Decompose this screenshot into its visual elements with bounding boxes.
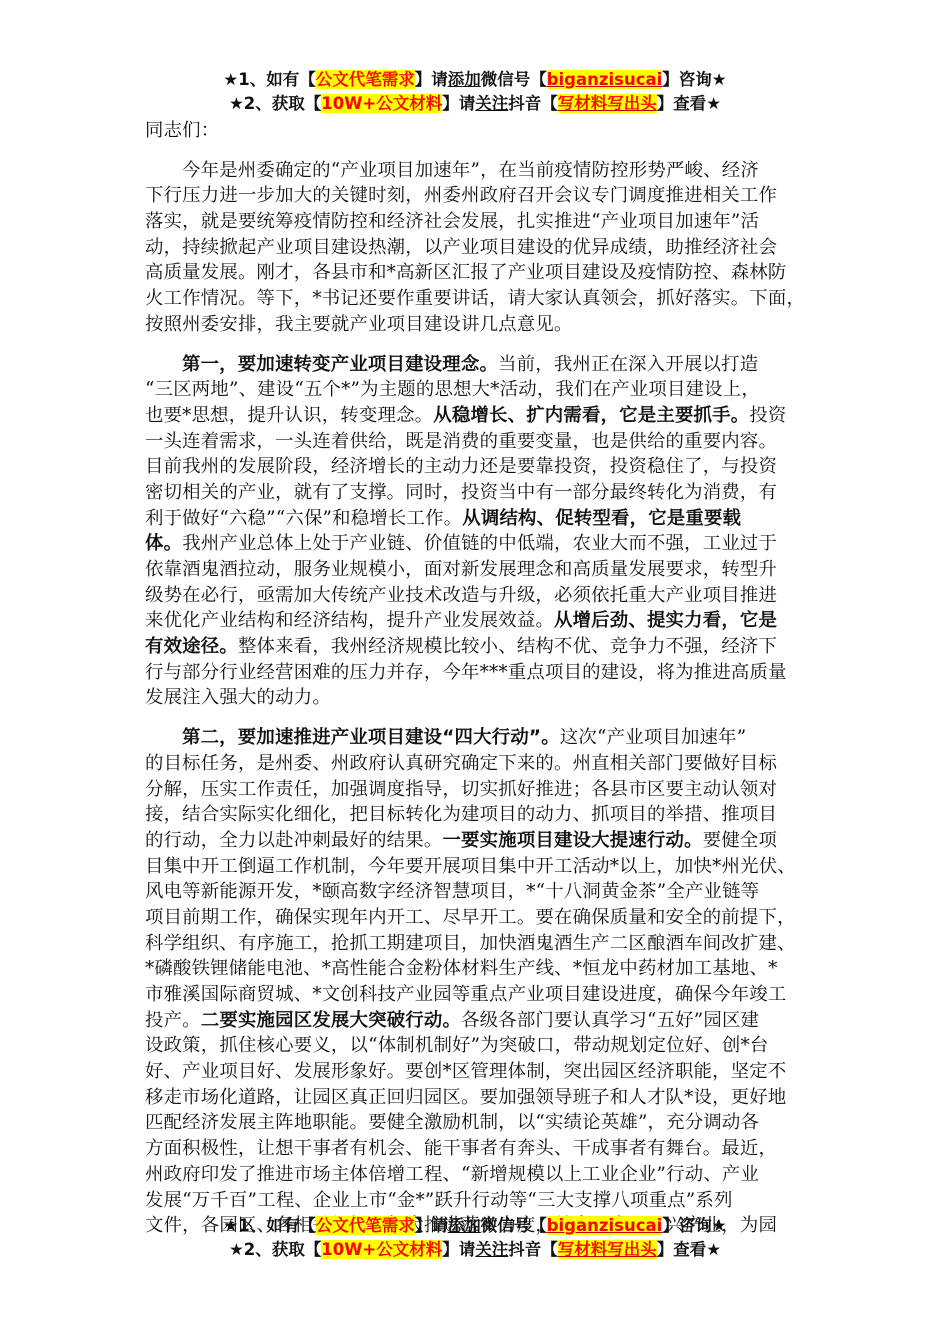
text-line: 设政策，抓住核心要义，以“体制机制好”为突破口，带动规划定位好、创*台 (145, 1033, 825, 1059)
body-text: 接，结合实际实化细化，把目标转化为建项目的动力、抓项目的举措、推项目 (145, 804, 777, 825)
text-line: 体。我州产业总体上处于产业链、价值链的中低端，农业大而不强，工业过于 (145, 531, 825, 557)
body-text: 市雅溪国际商贸城、*文创科技产业园等重点产业项目建设进度，确保今年竣工 (145, 984, 786, 1005)
bold-heading-text: 二要实施园区发展大突破行动。 (201, 1010, 461, 1031)
text-line: 密切相关的产业，就有了支撑。同时，投资当中有一部分最终转化为消费，有 (145, 480, 825, 506)
banner-text: 】咨询★ (662, 70, 726, 89)
body-text: 按照州委安排，我主要就产业项目建设讲几点意见。 (145, 314, 573, 335)
text-line: 匹配经济发展主阵地职能。要健全激励机制，以“实绩论英雄”，充分调动各 (145, 1110, 825, 1136)
text-line: 第二，要加速推进产业项目建设“四大行动”。这次“产业项目加速年” (145, 725, 825, 751)
paragraph: 今年是州委确定的“产业项目加速年”，在当前疫情防控形势严峻、经济下行压力进一步加… (145, 158, 825, 338)
text-line: 发展“万千百”工程、企业上市“金*”跃升行动等“三大支撑八项重点”系列 (145, 1188, 825, 1214)
text-line: 分解，压实工作责任，加强调度指导，切实抓好推进；各县市区要主动认领对 (145, 777, 825, 803)
body-text: 这次“产业项目加速年” (560, 727, 747, 748)
bold-heading-text: 体。 (145, 533, 182, 554)
banner-text: 】咨询★ (662, 1216, 726, 1235)
body-text: 火工作情况。等下，*书记还要作重要讲话，请大家认真领会，抓好落实。下面， (145, 288, 805, 309)
banner-text: 】请 (415, 70, 448, 89)
text-line: 方面积极性，让想干事者有机会、能干事者有奔头、干成事者有舞台。最近， (145, 1136, 825, 1162)
body-text: 整体来看，我州经济规模比较小、结构不优、竞争力不强，经济下 (238, 636, 777, 657)
footer-banner: ★1、如有【公文代笔需求】请添加微信号【biganzisucai】咨询★ ★2、… (0, 1214, 950, 1262)
body-text: 一头连着需求，一头连着供给，既是消费的重要变量，也是供给的重要内容。 (145, 431, 777, 452)
text-line: 火工作情况。等下，*书记还要作重要讲话，请大家认真领会，抓好落实。下面， (145, 286, 825, 312)
douyin-account-link[interactable]: 写材料写出头 (558, 94, 657, 113)
text-line: 有效途径。整体来看，我州经济规模比较小、结构不优、竞争力不强，经济下 (145, 634, 825, 660)
text-line: 今年是州委确定的“产业项目加速年”，在当前疫情防控形势严峻、经济 (145, 158, 825, 184)
body-text: 的行动，全力以赴冲刺最好的结果。 (145, 830, 442, 851)
body-text: 当前，我州正在深入开展以打造 (498, 354, 758, 375)
body-text: “三区两地”、建设“五个*”为主题的思想大*活动，我们在产业项目建设上， (145, 379, 760, 400)
highlighted-text: 公文代笔需求 (316, 1216, 415, 1235)
text-line: 移走市场化道路，让园区真正回归园区。要加强领导班子和人才队*设，更好地 (145, 1085, 825, 1111)
body-text: 匹配经济发展主阵地职能。要健全激励机制，以“实绩论英雄”，充分调动各 (145, 1112, 759, 1133)
banner-text: ★2、获取【 (229, 1240, 321, 1259)
text-line: 风电等新能源开发，*颐高数字经济智慧项目，*“十八洞黄金茶”全产业链等 (145, 879, 825, 905)
wechat-id-link[interactable]: biganzisucai (547, 70, 663, 89)
body-text: 动，持续掀起产业项目建设热潮，以产业项目建设的优异成绩，助推经济社会 (145, 237, 777, 258)
text-line: 科学组织、有序施工，抢抓工期建项目，加快酒鬼酒生产二区酿酒车间改扩建、 (145, 931, 825, 957)
text-line: 市雅溪国际商贸城、*文创科技产业园等重点产业项目建设进度，确保今年竣工 (145, 982, 825, 1008)
paragraphs: 今年是州委确定的“产业项目加速年”，在当前疫情防控形势严峻、经济下行压力进一步加… (145, 158, 825, 1239)
body-text: 利于做好“六稳”“六保”和稳增长工作。 (145, 508, 462, 529)
body-text: 密切相关的产业，就有了支撑。同时，投资当中有一部分最终转化为消费，有 (145, 482, 777, 503)
banner-line-1: ★1、如有【公文代笔需求】请添加微信号【biganzisucai】咨询★ (0, 1214, 950, 1238)
paragraph: 第二，要加速推进产业项目建设“四大行动”。这次“产业项目加速年”的目标任务，是州… (145, 725, 825, 1239)
text-line: 的目标任务，是州委、州政府认真研究确定下来的。州直相关部门要做好目标 (145, 751, 825, 777)
body-text: 州政府印发了推进市场主体倍增工程、“新增规模以上工业企业”行动、产业 (145, 1164, 759, 1185)
banner-text: ★2、获取【 (229, 94, 321, 113)
banner-text: 抖音【 (508, 94, 558, 113)
header-banner: ★1、如有【公文代笔需求】请添加微信号【biganzisucai】咨询★ ★2、… (0, 68, 950, 116)
text-line: 目前我州的发展阶段，经济增长的主动力还是要靠投资，投资稳住了，与投资 (145, 454, 825, 480)
banner-line-1: ★1、如有【公文代笔需求】请添加微信号【biganzisucai】咨询★ (0, 68, 950, 92)
highlighted-text: 10W+公文材料 (321, 94, 442, 113)
body-text: 也要*思想，提升认识，转变理念。 (145, 405, 433, 426)
body-text: 行与部分行业经营困难的压力并存，今年***重点项目的建设，将为推进高质量 (145, 662, 787, 683)
banner-text: ★1、如有【 (223, 1216, 315, 1235)
bold-heading-text: 从增后劲、提实力看，它是 (554, 610, 777, 631)
wechat-id-link[interactable]: biganzisucai (547, 1216, 663, 1235)
text-line: 州政府印发了推进市场主体倍增工程、“新增规模以上工业企业”行动、产业 (145, 1162, 825, 1188)
body-text: 要健全项 (703, 830, 777, 851)
body-text: 依靠酒鬼酒拉动，服务业规模小，面对新发展理念和高质量发展要求，转型升 (145, 559, 777, 580)
body-text: 好、产业项目好、发展形象好。要创*区管理体制，突出园区经济职能，坚定不 (145, 1061, 786, 1082)
text-line: 的行动，全力以赴冲刺最好的结果。一要实施项目建设大提速行动。要健全项 (145, 828, 825, 854)
bold-heading-text: 第一，要加速转变产业项目建设理念。 (182, 354, 498, 375)
document-body: 同志们： 今年是州委确定的“产业项目加速年”，在当前疫情防控形势严峻、经济下行压… (145, 118, 825, 1253)
text-line: 行与部分行业经营困难的压力并存，今年***重点项目的建设，将为推进高质量 (145, 660, 825, 686)
underlined-text: 添加 (448, 1216, 481, 1235)
bold-heading-text: 第二，要加速推进产业项目建设“四大行动”。 (182, 727, 560, 748)
body-text: 风电等新能源开发，*颐高数字经济智慧项目，*“十八洞黄金茶”全产业链等 (145, 881, 759, 902)
body-text: 投资 (749, 405, 786, 426)
body-text: 项目前期工作，确保实现年内开工、尽早开工。要在确保质量和安全的前提下， (145, 907, 796, 928)
banner-line-2: ★2、获取【10W+公文材料】请关注抖音【写材料写出头】查看★ (0, 92, 950, 116)
body-text: 分解，压实工作责任，加强调度指导，切实抓好推进；各县市区要主动认领对 (145, 779, 777, 800)
text-line: 动，持续掀起产业项目建设热潮，以产业项目建设的优异成绩，助推经济社会 (145, 235, 825, 261)
body-text: 各级各部门要认真学习“五好”园区建 (461, 1010, 759, 1031)
douyin-account-link[interactable]: 写材料写出头 (558, 1240, 657, 1259)
banner-text: 抖音【 (508, 1240, 558, 1259)
text-line: 落实，就是要统筹疫情防控和经济社会发展，扎实推进“产业项目加速年”活 (145, 209, 825, 235)
banner-line-2: ★2、获取【10W+公文材料】请关注抖音【写材料写出头】查看★ (0, 1238, 950, 1262)
body-text: 目集中开工倒逼工作机制，今年要开展项目集中开工活动*以上，加快*州光伏、 (145, 856, 796, 877)
body-text: 的目标任务，是州委、州政府认真研究确定下来的。州直相关部门要做好目标 (145, 753, 777, 774)
body-text: 投产。 (145, 1010, 201, 1031)
text-line: 也要*思想，提升认识，转变理念。从稳增长、扩内需看，它是主要抓手。投资 (145, 403, 825, 429)
body-text: 我州产业总体上处于产业链、价值链的中低端，农业大而不强，工业过于 (182, 533, 777, 554)
text-line: 投产。二要实施园区发展大突破行动。各级各部门要认真学习“五好”园区建 (145, 1008, 825, 1034)
text-line: 级势在必行，亟需加大传统产业技术改造与升级，必须依托重大产业项目推进 (145, 583, 825, 609)
body-text: 移走市场化道路，让园区真正回归园区。要加强领导班子和人才队*设，更好地 (145, 1087, 786, 1108)
text-line: 按照州委安排，我主要就产业项目建设讲几点意见。 (145, 312, 825, 338)
body-text: 来优化产业结构和经济结构，提升产业发展效益。 (145, 610, 554, 631)
text-line: 来优化产业结构和经济结构，提升产业发展效益。从增后劲、提实力看，它是 (145, 608, 825, 634)
underlined-text: 关注 (475, 94, 508, 113)
document-page: ★1、如有【公文代笔需求】请添加微信号【biganzisucai】咨询★ ★2、… (0, 0, 950, 1344)
text-line: 利于做好“六稳”“六保”和稳增长工作。从调结构、促转型看，它是重要载 (145, 506, 825, 532)
text-line: 发展注入强大的动力。 (145, 685, 825, 711)
banner-text: 】查看★ (657, 94, 721, 113)
bold-heading-text: 从调结构、促转型看，它是重要载 (462, 508, 741, 529)
text-line: 第一，要加速转变产业项目建设理念。当前，我州正在深入开展以打造 (145, 352, 825, 378)
body-text: 设政策，抓住核心要义，以“体制机制好”为突破口，带动规划定位好、创*台 (145, 1035, 769, 1056)
body-text: 高质量发展。刚才，各县市和*高新区汇报了产业项目建设及疫情防控、森林防 (145, 262, 786, 283)
text-line: 高质量发展。刚才，各县市和*高新区汇报了产业项目建设及疫情防控、森林防 (145, 260, 825, 286)
banner-text: 】请 (442, 94, 475, 113)
text-line: 下行压力进一步加大的关键时刻，州委州政府召开会议专门调度推进相关工作 (145, 183, 825, 209)
text-line: 一头连着需求，一头连着供给，既是消费的重要变量，也是供给的重要内容。 (145, 429, 825, 455)
text-line: 接，结合实际实化细化，把目标转化为建项目的动力、抓项目的举措、推项目 (145, 802, 825, 828)
text-line: *磷酸铁锂储能电池、*高性能合金粉体材料生产线、*恒龙中药材加工基地、* (145, 956, 825, 982)
body-text: 落实，就是要统筹疫情防控和经济社会发展，扎实推进“产业项目加速年”活 (145, 211, 759, 232)
body-text: 科学组织、有序施工，抢抓工期建项目，加快酒鬼酒生产二区酿酒车间改扩建、 (145, 933, 796, 954)
body-text: 目前我州的发展阶段，经济增长的主动力还是要靠投资，投资稳住了，与投资 (145, 456, 777, 477)
highlighted-text: 公文代笔需求 (316, 70, 415, 89)
salutation: 同志们： (145, 118, 825, 144)
text-line: 好、产业项目好、发展形象好。要创*区管理体制，突出园区经济职能，坚定不 (145, 1059, 825, 1085)
body-text: 发展注入强大的动力。 (145, 687, 331, 708)
banner-text: 微信号【 (481, 1216, 547, 1235)
banner-text: 】请 (415, 1216, 448, 1235)
text-line: 依靠酒鬼酒拉动，服务业规模小，面对新发展理念和高质量发展要求，转型升 (145, 557, 825, 583)
bold-heading-text: 从稳增长、扩内需看，它是主要抓手。 (433, 405, 749, 426)
highlighted-text: 10W+公文材料 (321, 1240, 442, 1259)
body-text: 级势在必行，亟需加大传统产业技术改造与升级，必须依托重大产业项目推进 (145, 585, 777, 606)
text-line: 项目前期工作，确保实现年内开工、尽早开工。要在确保质量和安全的前提下， (145, 905, 825, 931)
body-text: *磷酸铁锂储能电池、*高性能合金粉体材料生产线、*恒龙中药材加工基地、* (145, 958, 777, 979)
bold-heading-text: 一要实施项目建设大提速行动。 (442, 830, 702, 851)
body-text: 下行压力进一步加大的关键时刻，州委州政府召开会议专门调度推进相关工作 (145, 185, 777, 206)
banner-text: 微信号【 (481, 70, 547, 89)
text-line: 目集中开工倒逼工作机制，今年要开展项目集中开工活动*以上，加快*州光伏、 (145, 854, 825, 880)
body-text: 方面积极性，让想干事者有机会、能干事者有奔头、干成事者有舞台。最近， (145, 1138, 777, 1159)
underlined-text: 关注 (475, 1240, 508, 1259)
banner-text: 】请 (442, 1240, 475, 1259)
underlined-text: 添加 (448, 70, 481, 89)
body-text: 今年是州委确定的“产业项目加速年”，在当前疫情防控形势严峻、经济 (182, 160, 759, 181)
body-text: 发展“万千百”工程、企业上市“金*”跃升行动等“三大支撑八项重点”系列 (145, 1190, 733, 1211)
banner-text: ★1、如有【 (223, 70, 315, 89)
banner-text: 】查看★ (657, 1240, 721, 1259)
text-line: “三区两地”、建设“五个*”为主题的思想大*活动，我们在产业项目建设上， (145, 377, 825, 403)
paragraph: 第一，要加速转变产业项目建设理念。当前，我州正在深入开展以打造“三区两地”、建设… (145, 352, 825, 712)
bold-heading-text: 有效途径。 (145, 636, 238, 657)
